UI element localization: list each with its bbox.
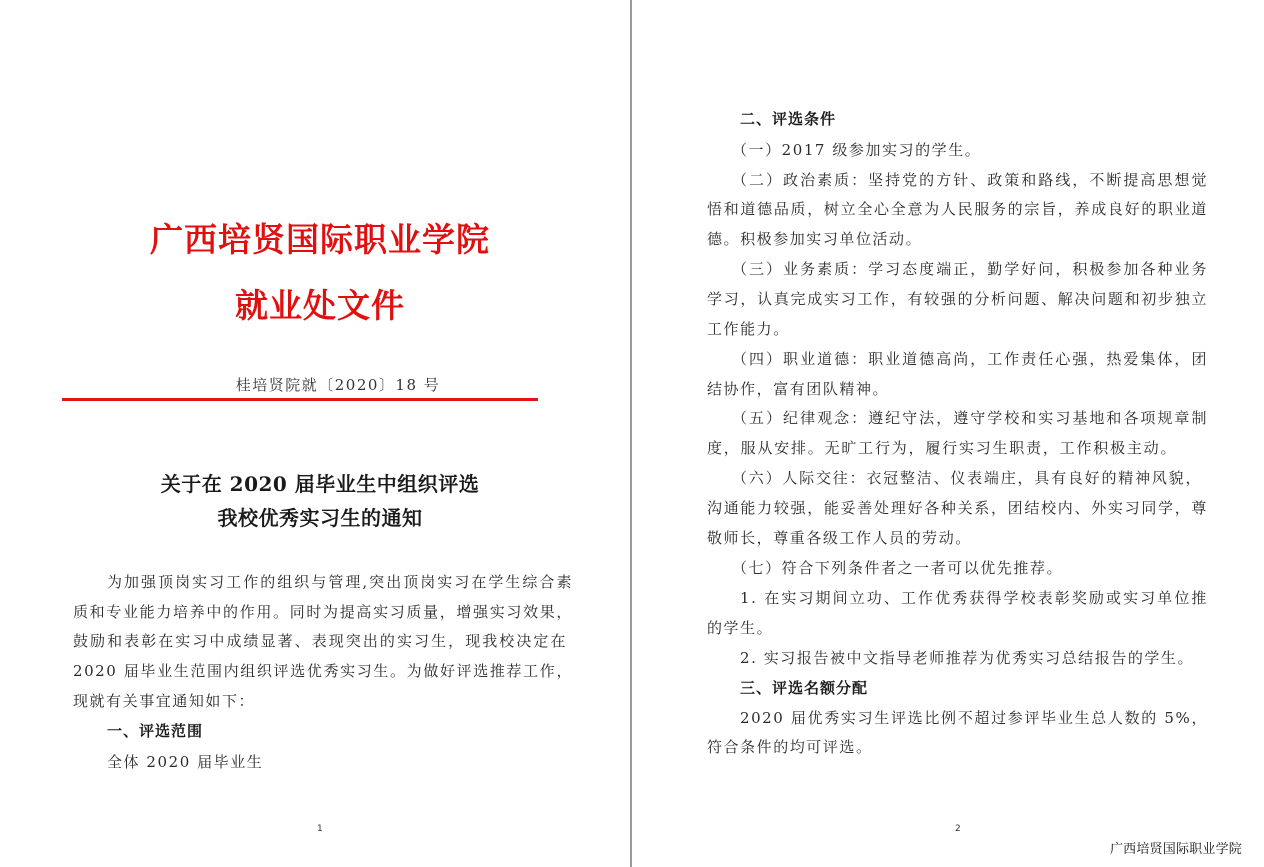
criteria-line: 2. 实习报告被中文指导老师推荐为优秀实习总结报告的学生。	[740, 648, 1194, 668]
criteria-line: （二）政治素质：坚持党的方针、政策和路线，不断提高思想觉	[732, 170, 1208, 190]
body-line: 质和专业能力培养中的作用。同时为提高实习质量，增强实习效果，	[73, 602, 573, 622]
section-heading-scope: 一、评选范围	[107, 721, 203, 741]
criteria-line: 悟和道德品质，树立全心全意为人民服务的宗旨，养成良好的职业道	[707, 199, 1208, 219]
notice-title-line-1: 关于在 2020 届毕业生中组织评选	[0, 468, 640, 497]
criteria-line: 1. 在实习期间立功、工作优秀获得学校表彰奖励或实习单位推荐	[740, 588, 1208, 608]
institution-title: 广西培贤国际职业学院	[0, 214, 640, 261]
body-line: 2020 届毕业生范围内组织评选优秀实习生。为做好评选推荐工作，	[73, 661, 573, 681]
criteria-line: 度，服从安排。无旷工行为，履行实习生职责，工作积极主动。	[707, 438, 1177, 458]
criteria-line: （四）职业道德：职业道德高尚，工作责任心强，热爱集体，团	[732, 349, 1208, 369]
quota-line: 2020 届优秀实习生评选比例不超过参评毕业生总人数的 5%，凡	[740, 708, 1208, 728]
red-header-rule	[62, 398, 538, 401]
criteria-line: （七）符合下列条件者之一者可以优先推荐。	[732, 558, 1063, 578]
criteria-line: （三）业务素质：学习态度端正，勤学好问，积极参加各种业务	[732, 259, 1208, 279]
quota-line: 符合条件的均可评选。	[707, 737, 873, 757]
criteria-line: 学习，认真完成实习工作，有较强的分析问题、解决问题和初步独立	[707, 289, 1208, 309]
office-document-title: 就业处文件	[0, 280, 640, 327]
notice-title-line-2: 我校优秀实习生的通知	[0, 502, 640, 531]
criteria-line: 敬师长，尊重各级工作人员的劳动。	[707, 528, 972, 548]
criteria-line: 沟通能力较强，能妥善处理好各种关系，团结校内、外实习同学，尊	[707, 498, 1208, 518]
criteria-line: （六）人际交往：衣冠整洁、仪表端庄，具有良好的精神风貌，	[732, 468, 1202, 488]
document-page-2: 二、评选条件 （一）2017 级参加实习的学生。 （二）政治素质：坚持党的方针、…	[632, 0, 1264, 867]
criteria-line: 结协作，富有团队精神。	[707, 379, 889, 399]
page-number: 2	[955, 824, 961, 834]
body-line: 鼓励和表彰在实习中成绩显著、表现突出的实习生，现我校决定在	[73, 631, 567, 651]
criteria-line: 德。积极参加实习单位活动。	[707, 229, 922, 249]
body-line: 为加强顶岗实习工作的组织与管理,突出顶岗实习在学生综合素	[107, 572, 573, 592]
criteria-line: （一）2017 级参加实习的学生。	[732, 140, 981, 160]
institution-watermark: 广西培贤国际职业学院	[1110, 838, 1242, 857]
document-page-1: 广西培贤国际职业学院 就业处文件 桂培贤院就〔2020〕18 号 关于在 202…	[0, 0, 630, 867]
criteria-line: 的学生。	[707, 618, 773, 638]
criteria-line: （五）纪律观念：遵纪守法，遵守学校和实习基地和各项规章制	[732, 408, 1208, 428]
section-heading-quota: 三、评选名额分配	[740, 678, 868, 698]
criteria-line: 工作能力。	[707, 319, 790, 339]
section-text-scope: 全体 2020 届毕业生	[107, 752, 263, 772]
page-number: 1	[317, 824, 323, 834]
document-number: 桂培贤院就〔2020〕18 号	[0, 374, 676, 395]
section-heading-criteria: 二、评选条件	[740, 109, 836, 129]
body-line: 现就有关事宜通知如下：	[73, 691, 255, 711]
